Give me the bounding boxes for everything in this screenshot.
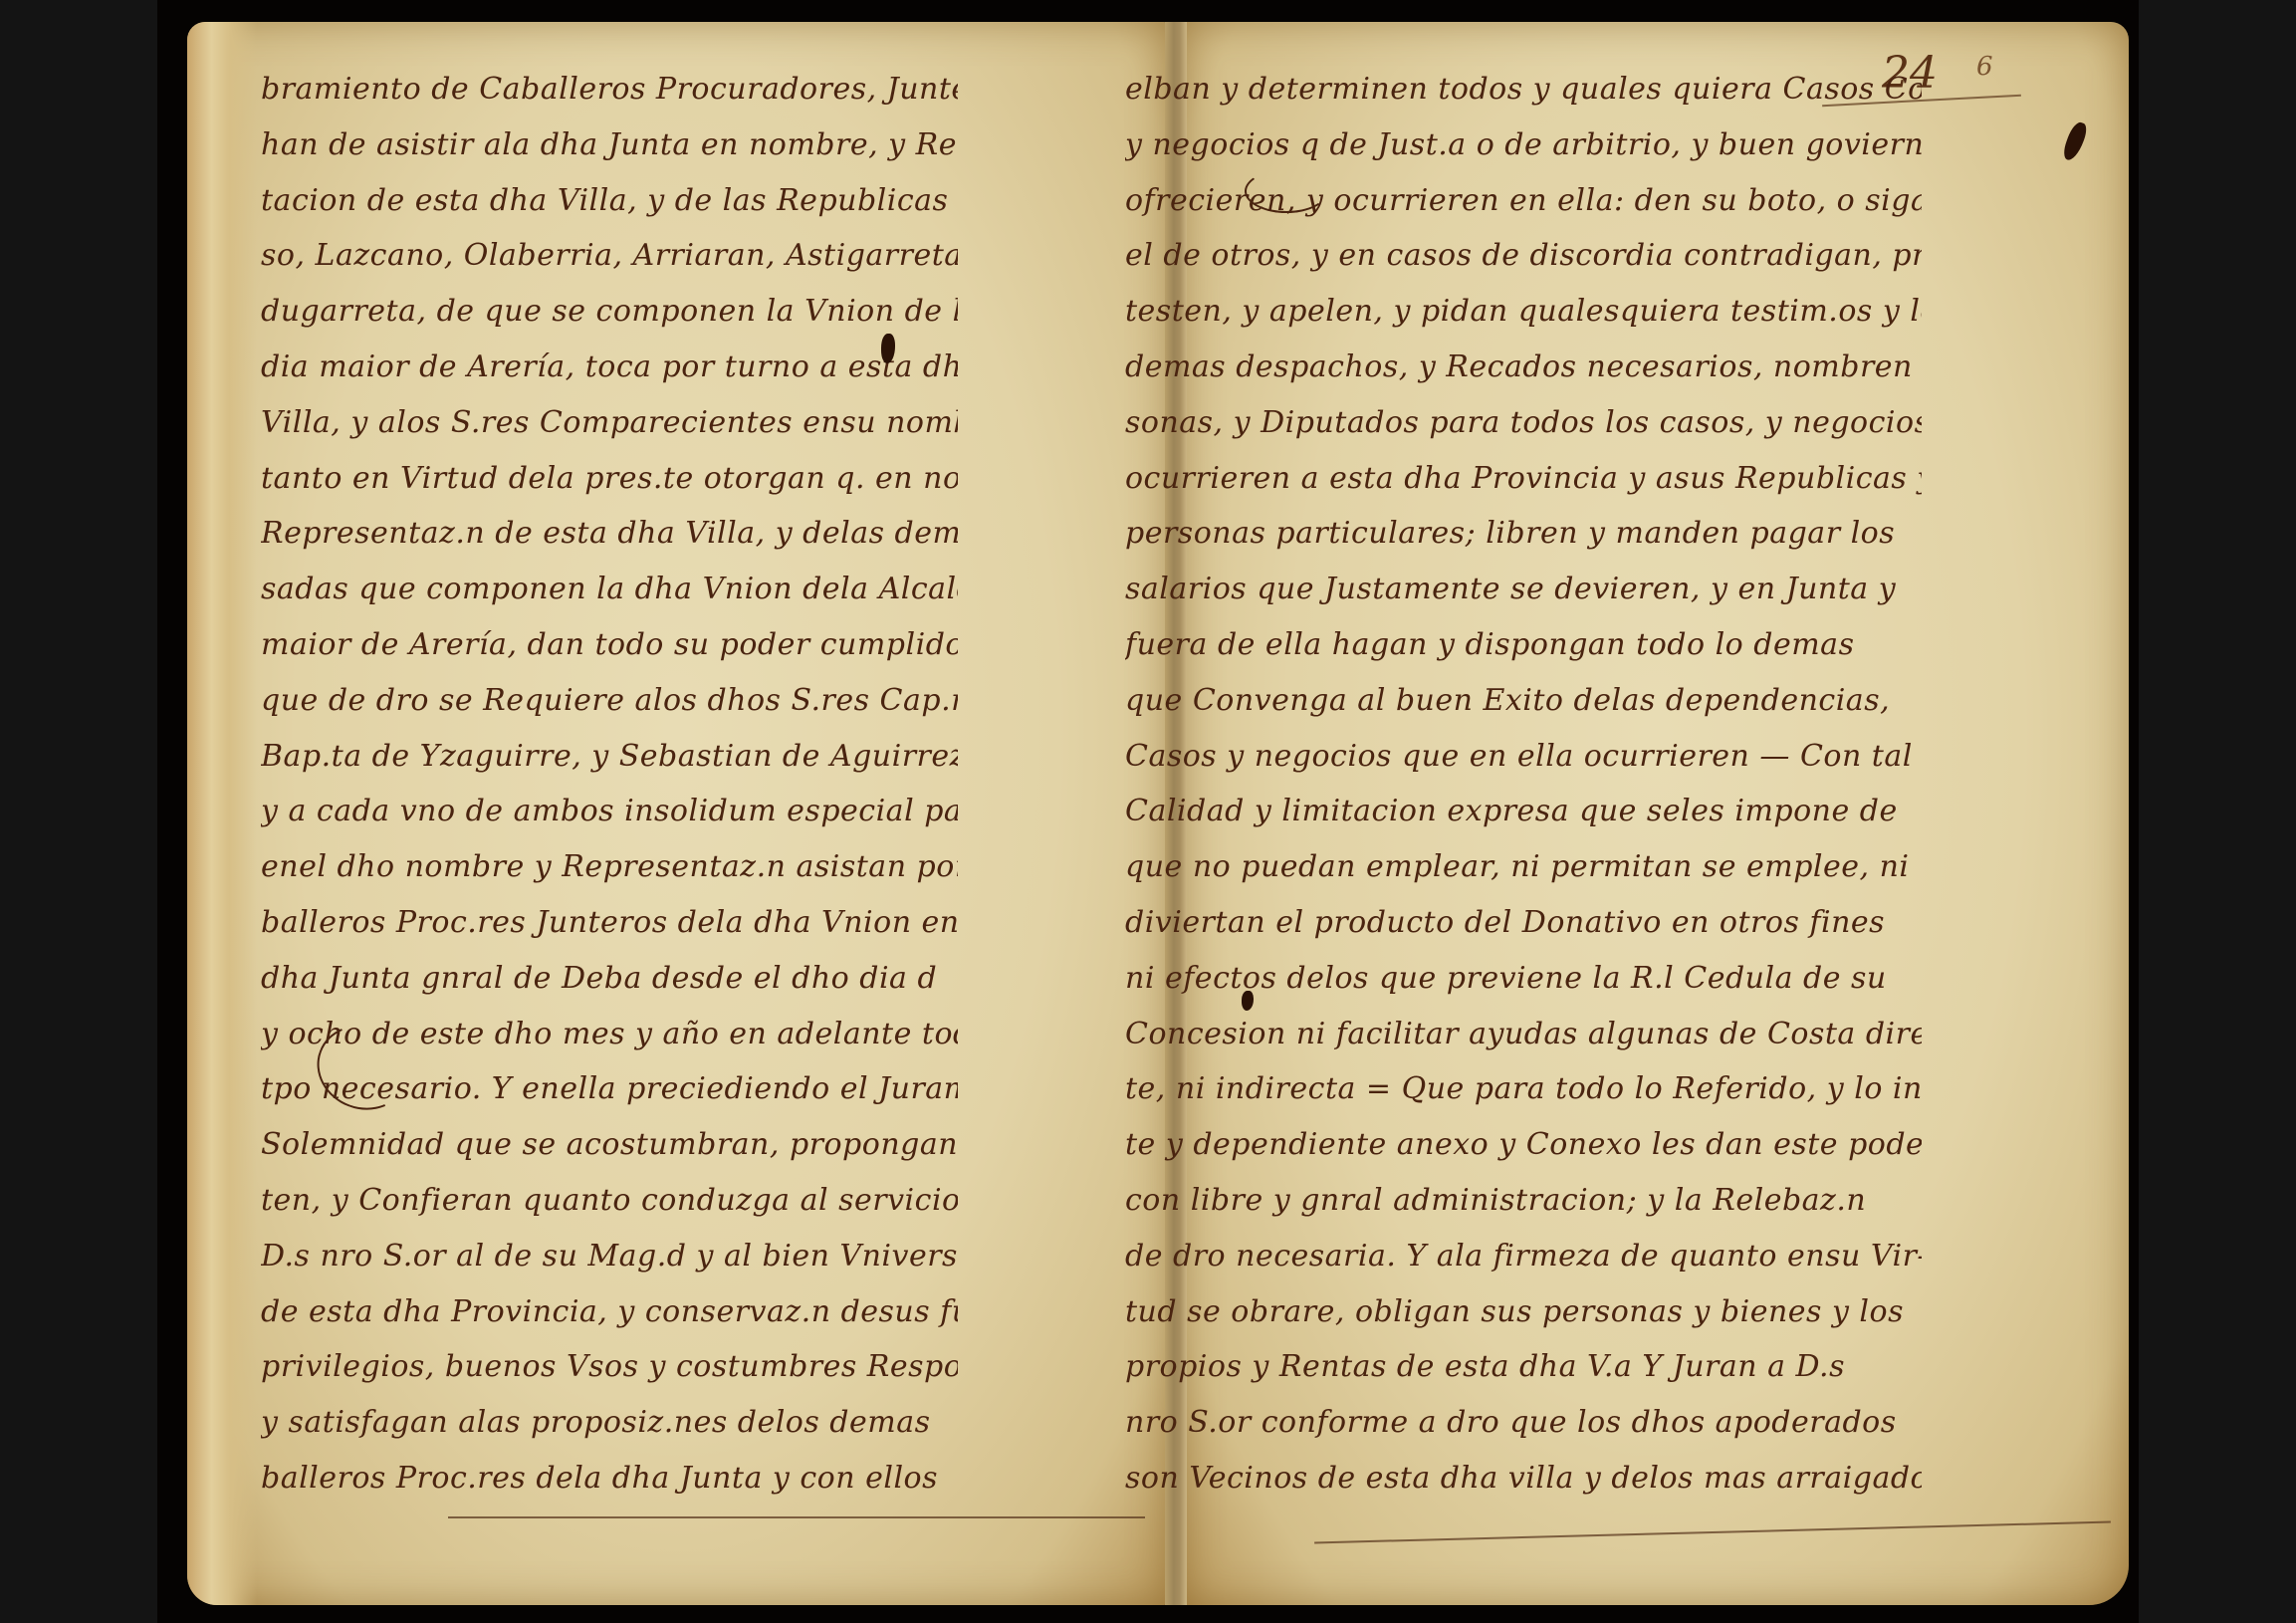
text-line: enel dho nombre y Representaz.n asistan … [261, 839, 958, 895]
text-line: dha Junta gnral de Deba desde el dho dia… [261, 951, 958, 1007]
text-line: que Convenga al buen Exito delas depende… [1125, 673, 1922, 729]
text-line: sadas que componen la dha Vnion dela Alc… [261, 562, 958, 617]
text-line: Representaz.n de esta dha Villa, y delas… [261, 506, 958, 562]
text-line: bramiento de Caballeros Procuradores, Ju… [261, 62, 958, 117]
text-line: D.s nro S.or al de su Mag.d y al bien Vn… [261, 1229, 958, 1284]
text-line: te y dependiente anexo y Conexo les dan … [1125, 1117, 1922, 1173]
margin-flourish-icon [1245, 169, 1328, 213]
text-line: de esta dha Provincia, y conservaz.n des… [261, 1284, 958, 1340]
text-line: privilegios, buenos Vsos y costumbres Re… [261, 1339, 958, 1395]
text-line: Bap.ta de Yzaguirre, y Sebastian de Agui… [261, 729, 958, 785]
text-line: testen, y apelen, y pidan qualesquiera t… [1125, 284, 1922, 340]
text-line: el de otros, y en casos de discordia con… [1125, 228, 1922, 284]
text-line: han de asistir ala dha Junta en nombre, … [261, 117, 958, 173]
text-line: tacion de esta dha Villa, y de las Repub… [261, 173, 958, 229]
text-line: tanto en Virtud dela pres.te otorgan q. … [261, 451, 958, 507]
text-line: balleros Proc.res Junteros dela dha Vnio… [261, 895, 958, 951]
text-line: nro S.or conforme a dro que los dhos apo… [1125, 1395, 1922, 1451]
text-line: dia maior de Arería, toca por turno a es… [261, 340, 958, 395]
left-page-text: bramiento de Caballeros Procuradores, Ju… [261, 62, 958, 1507]
text-line: diviertan el producto del Donativo en ot… [1125, 895, 1922, 951]
text-line: ofrecieren, y ocurrieren en ella: den su… [1125, 173, 1922, 229]
text-line: y a cada vno de ambos insolidum especial… [261, 784, 958, 839]
left-page-closing-rule [448, 1516, 1145, 1518]
text-line: personas particulares; libren y manden p… [1125, 506, 1922, 562]
text-line: salarios que Justamente se devieren, y e… [1125, 562, 1922, 617]
text-line: ten, y Confieran quanto conduzga al serv… [261, 1173, 958, 1229]
text-line: so, Lazcano, Olaberria, Arriaran, Astiga… [261, 228, 958, 284]
text-line: Casos y negocios que en ella ocurrieren … [1125, 729, 1922, 785]
text-line: de dro necesaria. Y ala firmeza de quant… [1125, 1229, 1922, 1284]
folio-secondary-number: 6 [1976, 52, 1993, 82]
text-line: te, ni indirecta = Que para todo lo Refe… [1125, 1061, 1922, 1117]
text-line: son Vecinos de esta dha villa y delos ma… [1125, 1451, 1922, 1507]
text-line: ocurrieren a esta dha Provincia y asus R… [1125, 451, 1922, 507]
text-line: demas despachos, y Recados necesarios, n… [1125, 340, 1922, 395]
text-line: dugarreta, de que se componen la Vnion d… [261, 284, 958, 340]
text-line: Villa, y alos S.res Comparecientes ensu … [261, 395, 958, 451]
text-line: Solemnidad que se acostumbran, propongan… [261, 1117, 958, 1173]
text-line: que de dro se Requiere alos dhos S.res C… [261, 673, 958, 729]
text-line: con libre y gnral administracion; y la R… [1125, 1173, 1922, 1229]
text-line: tud se obrare, obligan sus personas y bi… [1125, 1284, 1922, 1340]
text-line: y satisfagan alas proposiz.nes delos dem… [261, 1395, 958, 1451]
text-line: elban y determinen todos y quales quiera… [1125, 62, 1922, 117]
text-line: balleros Proc.res dela dha Junta y con e… [261, 1451, 958, 1507]
text-line: fuera de ella hagan y dispongan todo lo … [1125, 617, 1922, 673]
text-line: que no puedan emplear, ni permitan se em… [1125, 839, 1922, 895]
text-line: maior de Arería, dan todo su poder cumpl… [261, 617, 958, 673]
text-line: Concesion ni facilitar ayudas algunas de… [1125, 1007, 1922, 1062]
text-line: propios y Rentas de esta dha V.a Y Juran… [1125, 1339, 1922, 1395]
text-line: y negocios q de Just.a o de arbitrio, y … [1125, 117, 1922, 173]
right-page-text: elban y determinen todos y quales quiera… [1125, 62, 1922, 1507]
text-line: Calidad y limitacion expresa que seles i… [1125, 784, 1922, 839]
text-line: sonas, y Diputados para todos los casos,… [1125, 395, 1922, 451]
